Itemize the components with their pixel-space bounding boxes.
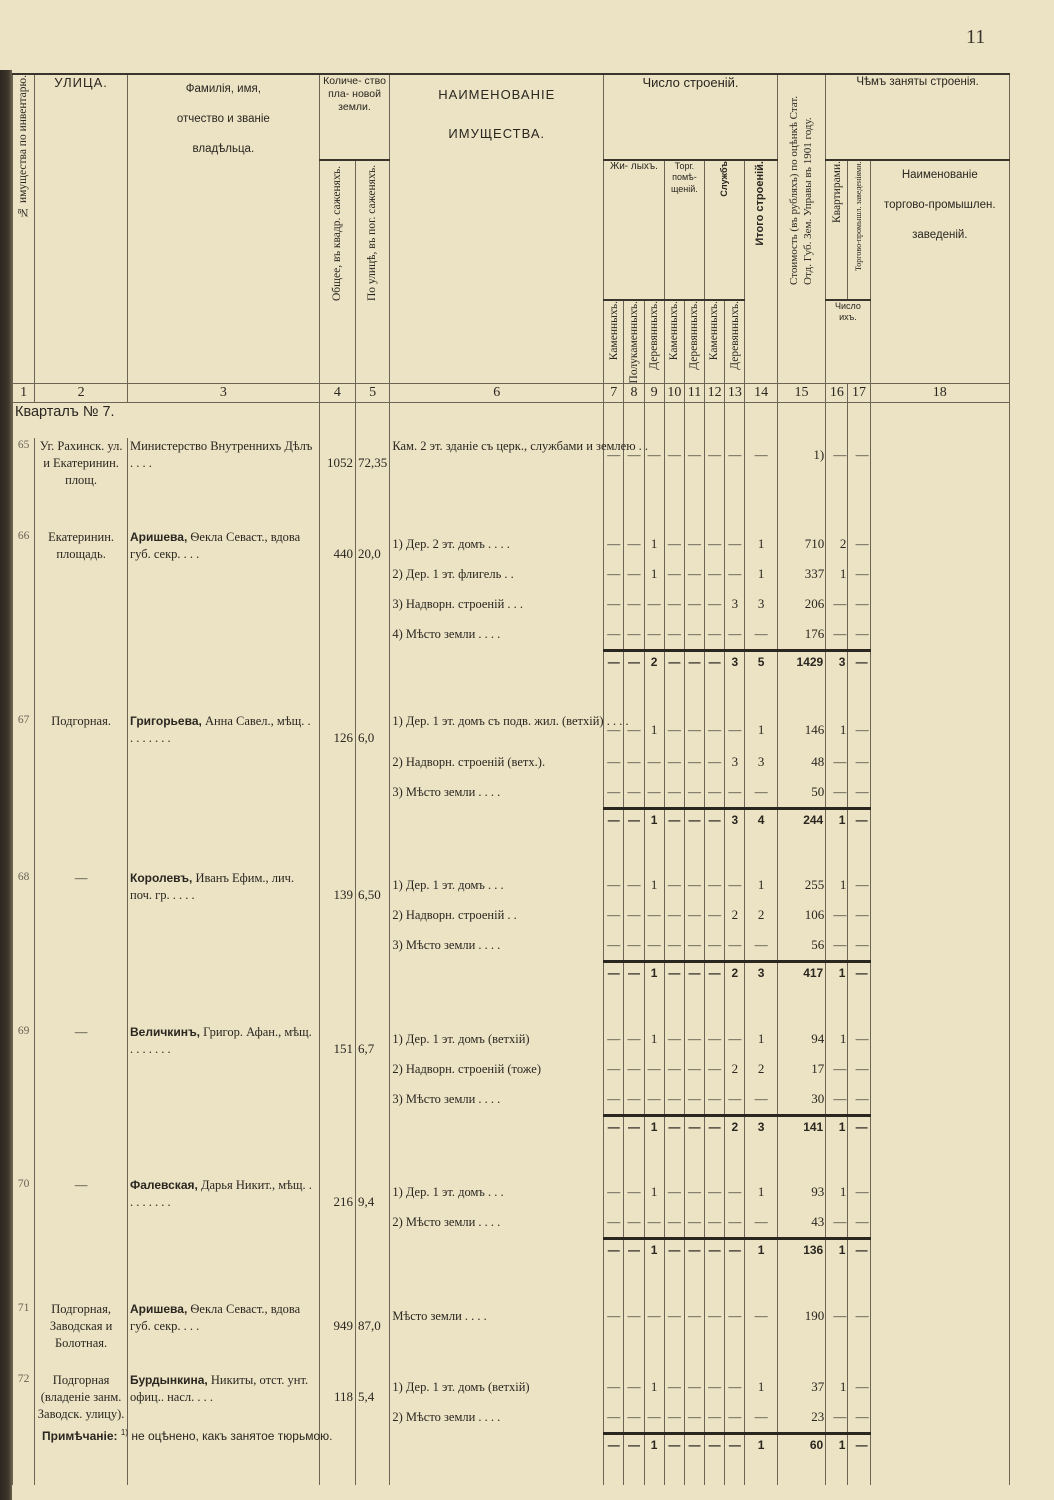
spacer xyxy=(684,1137,704,1177)
land-area: 139 xyxy=(319,870,355,962)
owner-surname: Королевъ, xyxy=(130,871,192,885)
value-cell: — xyxy=(666,930,683,960)
value-column: ———— xyxy=(604,529,624,651)
entry-row: 71Подгорная, Заводская и Болотная.Аришев… xyxy=(13,1301,1010,1352)
spacer xyxy=(745,673,777,713)
value-column: — xyxy=(664,438,684,489)
value-cell: — xyxy=(625,1177,642,1207)
spacer xyxy=(13,808,35,830)
spacer xyxy=(624,673,644,713)
colnum: 5 xyxy=(356,384,390,403)
total-value: — xyxy=(848,651,870,673)
header-owner-l3: владѣльца. xyxy=(130,135,317,165)
spacer xyxy=(319,1137,355,1177)
value-cell: — xyxy=(646,438,663,472)
value-cell: — xyxy=(849,1372,868,1402)
spacer xyxy=(870,489,1009,529)
value-cell: — xyxy=(625,589,642,619)
value-column: 1— xyxy=(745,1372,777,1434)
value-cell: — xyxy=(666,589,683,619)
total-value: — xyxy=(705,1115,725,1137)
spacer xyxy=(870,1115,1009,1137)
property-item: 3) Мѣсто земли . . . . xyxy=(392,777,601,807)
value-column: —— xyxy=(705,1177,725,1239)
spacer xyxy=(35,984,128,1024)
value-cell: — xyxy=(746,777,775,807)
value-column: 710337206176 xyxy=(777,529,825,651)
spacer xyxy=(826,673,848,713)
total-value: 1 xyxy=(644,808,664,830)
spacer xyxy=(684,1352,704,1372)
value-cell: — xyxy=(827,1301,846,1331)
value-cell: — xyxy=(605,1402,622,1432)
spacer xyxy=(644,1261,664,1301)
total-value: 141 xyxy=(777,1115,825,1137)
value-cell: — xyxy=(666,1402,683,1432)
spacer xyxy=(644,402,664,438)
spacer xyxy=(604,1261,624,1301)
value-column: 1— xyxy=(826,1177,848,1239)
value-cell: — xyxy=(827,1084,846,1114)
spacer xyxy=(826,1137,848,1177)
value-cell: — xyxy=(849,1301,868,1331)
value-column: ———— xyxy=(664,529,684,651)
total-value: 1 xyxy=(826,808,848,830)
total-value: — xyxy=(624,1115,644,1137)
value-column: — xyxy=(725,438,745,489)
value-column: ——— xyxy=(624,713,644,809)
value-column: 1) xyxy=(777,438,825,489)
spacer xyxy=(356,673,390,713)
street-name: — xyxy=(35,1024,128,1116)
owner-surname: Аришева, xyxy=(130,530,187,544)
value-column: —3— xyxy=(725,713,745,809)
spacer xyxy=(624,402,644,438)
value-cell: — xyxy=(666,1024,683,1054)
spacer xyxy=(777,1137,825,1177)
value-column: 1—— xyxy=(826,1024,848,1116)
property-item: 1) Дер. 2 эт. домъ . . . . xyxy=(392,529,601,559)
header-owner-l2: отчество и званіе xyxy=(130,105,317,135)
total-value: — xyxy=(604,962,624,984)
value-column: — xyxy=(848,438,870,489)
value-cell: — xyxy=(666,1301,683,1331)
value-cell: — xyxy=(726,529,743,559)
spacer xyxy=(624,984,644,1024)
spacer xyxy=(705,489,725,529)
spacer xyxy=(356,1455,390,1485)
value-cell: 30 xyxy=(779,1084,824,1114)
total-value: 1 xyxy=(826,962,848,984)
header-service-group: Службъ xyxy=(705,160,745,300)
value-cell: 50 xyxy=(779,777,824,807)
total-value: — xyxy=(684,1433,704,1455)
header-col8-text: Полукаменныхъ. xyxy=(627,301,641,383)
header-col7-text: Каменныхъ. xyxy=(607,301,621,360)
value-column: ——— xyxy=(684,1024,704,1116)
property-item: 4) Мѣсто земли . . . . xyxy=(392,619,601,649)
colnum: 11 xyxy=(684,384,704,403)
colnum: 8 xyxy=(624,384,644,403)
spacer xyxy=(826,489,848,529)
value-column: 11—— xyxy=(644,529,664,651)
spacer xyxy=(319,402,355,438)
value-cell: — xyxy=(726,1084,743,1114)
header-col16-text: Квартирами. xyxy=(830,161,844,223)
spacer xyxy=(777,489,825,529)
spacer xyxy=(604,673,624,713)
spacer xyxy=(319,651,355,673)
total-value: 1 xyxy=(644,1115,664,1137)
value-cell: — xyxy=(686,870,703,900)
spacer xyxy=(35,1261,128,1301)
spacer xyxy=(390,830,604,870)
value-column: —— xyxy=(725,1372,745,1434)
spacer xyxy=(390,402,604,438)
spacer xyxy=(705,984,725,1024)
owner-surname: Аришева, xyxy=(130,1302,187,1316)
total-value: — xyxy=(848,1239,870,1261)
spacer xyxy=(870,830,1009,870)
spacer xyxy=(13,673,35,713)
header-col11-text: Деревянныхъ. xyxy=(687,301,701,370)
owner-surname: Бурдынкина, xyxy=(130,1373,208,1387)
header-col5-text: По улицѣ, въ пог. саженяхъ. xyxy=(365,161,379,301)
value-cell: 1 xyxy=(827,1372,846,1402)
header-occupied-group: Чѣмъ заняты строенія. xyxy=(826,74,1010,160)
establishment-name xyxy=(870,1177,1009,1239)
spacer xyxy=(390,1352,604,1372)
establishment-name xyxy=(870,870,1009,962)
property-item: 2) Мѣсто земли . . . . xyxy=(392,1402,601,1432)
spacer xyxy=(35,489,128,529)
header-service-wood: Деревянныхъ. xyxy=(725,300,745,384)
spacer xyxy=(848,1137,870,1177)
value-column: 1—— xyxy=(644,713,664,809)
value-column: ——— xyxy=(684,713,704,809)
ledger-sheet: № имущества по инвентарю. УЛИЦА. Фамилія… xyxy=(12,73,1010,1485)
value-cell: — xyxy=(625,619,642,649)
spacer xyxy=(13,1137,35,1177)
spacer xyxy=(870,1433,1009,1455)
value-cell: — xyxy=(726,619,743,649)
value-cell: — xyxy=(605,1372,622,1402)
value-cell: — xyxy=(706,589,723,619)
spacer xyxy=(604,1352,624,1372)
spacer xyxy=(725,1261,745,1301)
entry-row: 70—Фалевская, Дарья Никит., мѣщ. . . . .… xyxy=(13,1177,1010,1239)
spacer xyxy=(777,673,825,713)
value-cell: — xyxy=(605,1054,622,1084)
spacer xyxy=(826,1352,848,1372)
total-value: 1 xyxy=(826,1115,848,1137)
establishment-name xyxy=(870,529,1009,651)
value-cell: — xyxy=(646,777,663,807)
value-cell: 2 xyxy=(746,900,775,930)
spacer xyxy=(745,402,777,438)
total-value: — xyxy=(624,1239,644,1261)
street-frontage: 9,4 xyxy=(356,1177,390,1239)
value-cell: — xyxy=(666,1084,683,1114)
spacer xyxy=(356,984,390,1024)
value-cell: 3 xyxy=(726,747,743,777)
property-item: 2) Мѣсто земли . . . . xyxy=(392,1207,601,1237)
owner-name: Величкинъ, Григор. Афан., мѣщ. . . . . .… xyxy=(128,1024,320,1116)
value-cell: — xyxy=(746,1207,775,1237)
header-street-frontage: По улицѣ, въ пог. саженяхъ. xyxy=(356,160,390,384)
spacer xyxy=(128,962,320,984)
spacer xyxy=(35,673,128,713)
value-cell: — xyxy=(686,1024,703,1054)
value-cell: — xyxy=(605,930,622,960)
total-value: — xyxy=(604,1115,624,1137)
value-cell: 206 xyxy=(779,589,824,619)
value-cell: 1 xyxy=(746,870,775,900)
property-items: 1) Дер. 1 эт. домъ (ветхій)2) Мѣсто земл… xyxy=(390,1372,604,1434)
value-column: — xyxy=(644,1301,664,1352)
property-item: 1) Дер. 1 эт. домъ . . . xyxy=(392,1177,601,1207)
spacer xyxy=(128,1352,320,1372)
spacer xyxy=(13,1115,35,1137)
land-area: 126 xyxy=(319,713,355,809)
header-inventory-number: № имущества по инвентарю. xyxy=(13,74,35,384)
spacer xyxy=(319,830,355,870)
header-area-total: Общее, въ квадр. саженяхъ. xyxy=(319,160,355,384)
total-value: — xyxy=(705,1433,725,1455)
value-cell: — xyxy=(706,1054,723,1084)
spacer xyxy=(870,1352,1009,1372)
value-cell: — xyxy=(706,529,723,559)
value-column: —— xyxy=(664,1177,684,1239)
value-cell: — xyxy=(746,1301,775,1331)
header-trade-group: Торг. помѣ- щеній. xyxy=(664,160,704,300)
value-cell: — xyxy=(605,529,622,559)
header-living-wood: Деревянныхъ. xyxy=(644,300,664,384)
value-cell: 1) xyxy=(779,438,824,472)
spacer xyxy=(684,984,704,1024)
value-cell: — xyxy=(706,1177,723,1207)
spacer xyxy=(128,808,320,830)
spacer xyxy=(745,1261,777,1301)
spacer xyxy=(870,1239,1009,1261)
property-item: 1) Дер. 1 эт. домъ . . . xyxy=(392,870,601,900)
owner-surname: Григорьева, xyxy=(130,714,202,728)
spacer xyxy=(356,1137,390,1177)
value-cell: — xyxy=(605,713,622,747)
spacer xyxy=(13,651,35,673)
value-cell: — xyxy=(726,1177,743,1207)
header-col18-l2: торгово-промышлен. xyxy=(873,191,1007,221)
value-cell: — xyxy=(625,930,642,960)
spacer xyxy=(684,673,704,713)
street-frontage: 72,35 xyxy=(356,438,390,489)
value-cell: — xyxy=(726,777,743,807)
spacer xyxy=(745,1137,777,1177)
value-cell: — xyxy=(827,900,846,930)
value-cell: 1 xyxy=(827,713,846,747)
spacer xyxy=(319,1115,355,1137)
value-cell: — xyxy=(625,529,642,559)
value-cell: — xyxy=(666,438,683,472)
colnum: 16 xyxy=(826,384,848,403)
value-cell: 1 xyxy=(827,1177,846,1207)
value-cell: — xyxy=(625,777,642,807)
colnum: 7 xyxy=(604,384,624,403)
spacer xyxy=(870,402,1009,438)
value-column: —— xyxy=(848,1177,870,1239)
value-column: ——3— xyxy=(725,529,745,651)
spacer xyxy=(777,1352,825,1372)
establishment-name xyxy=(870,1301,1009,1352)
value-column: ——— xyxy=(664,1024,684,1116)
spacer xyxy=(319,1455,355,1485)
value-cell: — xyxy=(706,900,723,930)
total-value: 4 xyxy=(745,808,777,830)
value-column: 113— xyxy=(745,529,777,651)
value-cell: 1 xyxy=(746,713,775,747)
spacer xyxy=(604,984,624,1024)
header-owner: Фамилія, имя, отчество и званіе владѣльц… xyxy=(128,74,320,384)
spacer xyxy=(35,1239,128,1261)
establishment-name xyxy=(870,438,1009,489)
value-cell: — xyxy=(686,713,703,747)
street-frontage: 6,7 xyxy=(356,1024,390,1116)
value-cell: 1 xyxy=(746,559,775,589)
total-value: 1 xyxy=(644,1239,664,1261)
total-value: — xyxy=(664,1239,684,1261)
value-cell: — xyxy=(726,870,743,900)
spacer xyxy=(826,402,848,438)
property-items: 1) Дер. 1 эт. домъ (ветхій)2) Надворн. с… xyxy=(390,1024,604,1116)
land-area: 949 xyxy=(319,1301,355,1352)
spacer xyxy=(35,962,128,984)
value-cell: — xyxy=(666,619,683,649)
value-cell: — xyxy=(849,930,868,960)
value-cell: 1 xyxy=(827,870,846,900)
footnote-marker: 1) xyxy=(121,1428,128,1437)
inventory-number: 69 xyxy=(13,1024,35,1116)
total-value: — xyxy=(604,808,624,830)
total-value: — xyxy=(725,1433,745,1455)
header-count-label: Число ихъ. xyxy=(826,300,870,384)
value-cell: — xyxy=(726,438,743,472)
value-cell: — xyxy=(686,1301,703,1331)
value-cell: — xyxy=(646,1207,663,1237)
value-cell: — xyxy=(827,747,846,777)
value-cell: 43 xyxy=(779,1207,824,1237)
value-cell: — xyxy=(605,1177,622,1207)
spacer xyxy=(624,489,644,529)
value-cell: 2 xyxy=(726,1054,743,1084)
spacer xyxy=(319,1352,355,1372)
spacer xyxy=(624,1137,644,1177)
street-name: — xyxy=(35,870,128,962)
street-name: Подгорная (владеніе занм. Заводск. улицу… xyxy=(35,1372,128,1434)
spacer xyxy=(604,1455,624,1485)
value-cell: — xyxy=(849,1207,868,1237)
value-cell: — xyxy=(605,589,622,619)
header-col18-l1: Наименованіе xyxy=(873,161,1007,191)
value-cell: — xyxy=(849,559,868,589)
value-column: 1—— xyxy=(644,1024,664,1116)
value-cell: — xyxy=(827,1054,846,1084)
total-value: 2 xyxy=(725,1115,745,1137)
value-cell: — xyxy=(686,1207,703,1237)
spacer xyxy=(13,1433,35,1455)
value-cell: — xyxy=(625,1402,642,1432)
value-column: — xyxy=(684,438,704,489)
value-cell: — xyxy=(827,589,846,619)
spacer xyxy=(390,1433,604,1455)
value-cell: — xyxy=(605,747,622,777)
row-gap xyxy=(13,1261,1010,1301)
spacer xyxy=(725,1352,745,1372)
spacer xyxy=(356,1239,390,1261)
total-value: — xyxy=(604,651,624,673)
spacer xyxy=(390,808,604,830)
colnum: 15 xyxy=(777,384,825,403)
owner-surname: Фалевская, xyxy=(130,1178,198,1192)
spacer xyxy=(319,673,355,713)
total-value: 244 xyxy=(777,808,825,830)
value-column: 1464850 xyxy=(777,713,825,809)
spacer xyxy=(128,1455,320,1485)
spacer xyxy=(624,830,644,870)
colnum: 14 xyxy=(745,384,777,403)
total-value: 1 xyxy=(644,1433,664,1455)
value-cell: — xyxy=(646,589,663,619)
value-cell: — xyxy=(625,1372,642,1402)
total-value: 3 xyxy=(745,962,777,984)
value-cell: — xyxy=(646,930,663,960)
value-column: ——— xyxy=(624,1024,644,1116)
value-cell: — xyxy=(625,1054,642,1084)
spacer xyxy=(684,489,704,529)
header-property-name: НАИМЕНОВАНІЕ ИМУЩЕСТВА. xyxy=(390,74,604,384)
value-cell: 1 xyxy=(646,1372,663,1402)
value-column: ——— xyxy=(705,870,725,962)
property-items: 1) Дер. 1 эт. домъ . . .2) Мѣсто земли .… xyxy=(390,1177,604,1239)
value-cell: — xyxy=(686,1402,703,1432)
value-column: — xyxy=(725,1301,745,1352)
value-cell: — xyxy=(686,1084,703,1114)
value-cell: — xyxy=(849,619,868,649)
value-cell: — xyxy=(605,1084,622,1114)
value-cell: 2 xyxy=(726,900,743,930)
spacer xyxy=(644,673,664,713)
header-total-buildings: Итого строеній. xyxy=(745,160,777,384)
entry-total-row: ——1———342441— xyxy=(13,808,1010,830)
spacer xyxy=(725,489,745,529)
value-cell: — xyxy=(849,438,868,472)
table-header: № имущества по инвентарю. УЛИЦА. Фамилія… xyxy=(13,74,1010,384)
spacer xyxy=(644,489,664,529)
spacer xyxy=(356,489,390,529)
property-items: Кам. 2 эт. зданіе съ церк., службами и з… xyxy=(390,438,604,489)
row-gap xyxy=(13,1455,1010,1485)
header-col12-text: Каменныхъ. xyxy=(707,301,721,360)
spacer xyxy=(319,489,355,529)
value-cell: 176 xyxy=(779,619,824,649)
value-cell: — xyxy=(746,930,775,960)
land-area: 151 xyxy=(319,1024,355,1116)
value-cell: — xyxy=(827,1207,846,1237)
spacer xyxy=(777,1261,825,1301)
spacer xyxy=(604,489,624,529)
value-column: 1—— xyxy=(826,713,848,809)
spacer xyxy=(664,984,684,1024)
header-value: Стоимость (въ рубляхъ) по оцѣнкѣ Стат. О… xyxy=(777,74,825,384)
